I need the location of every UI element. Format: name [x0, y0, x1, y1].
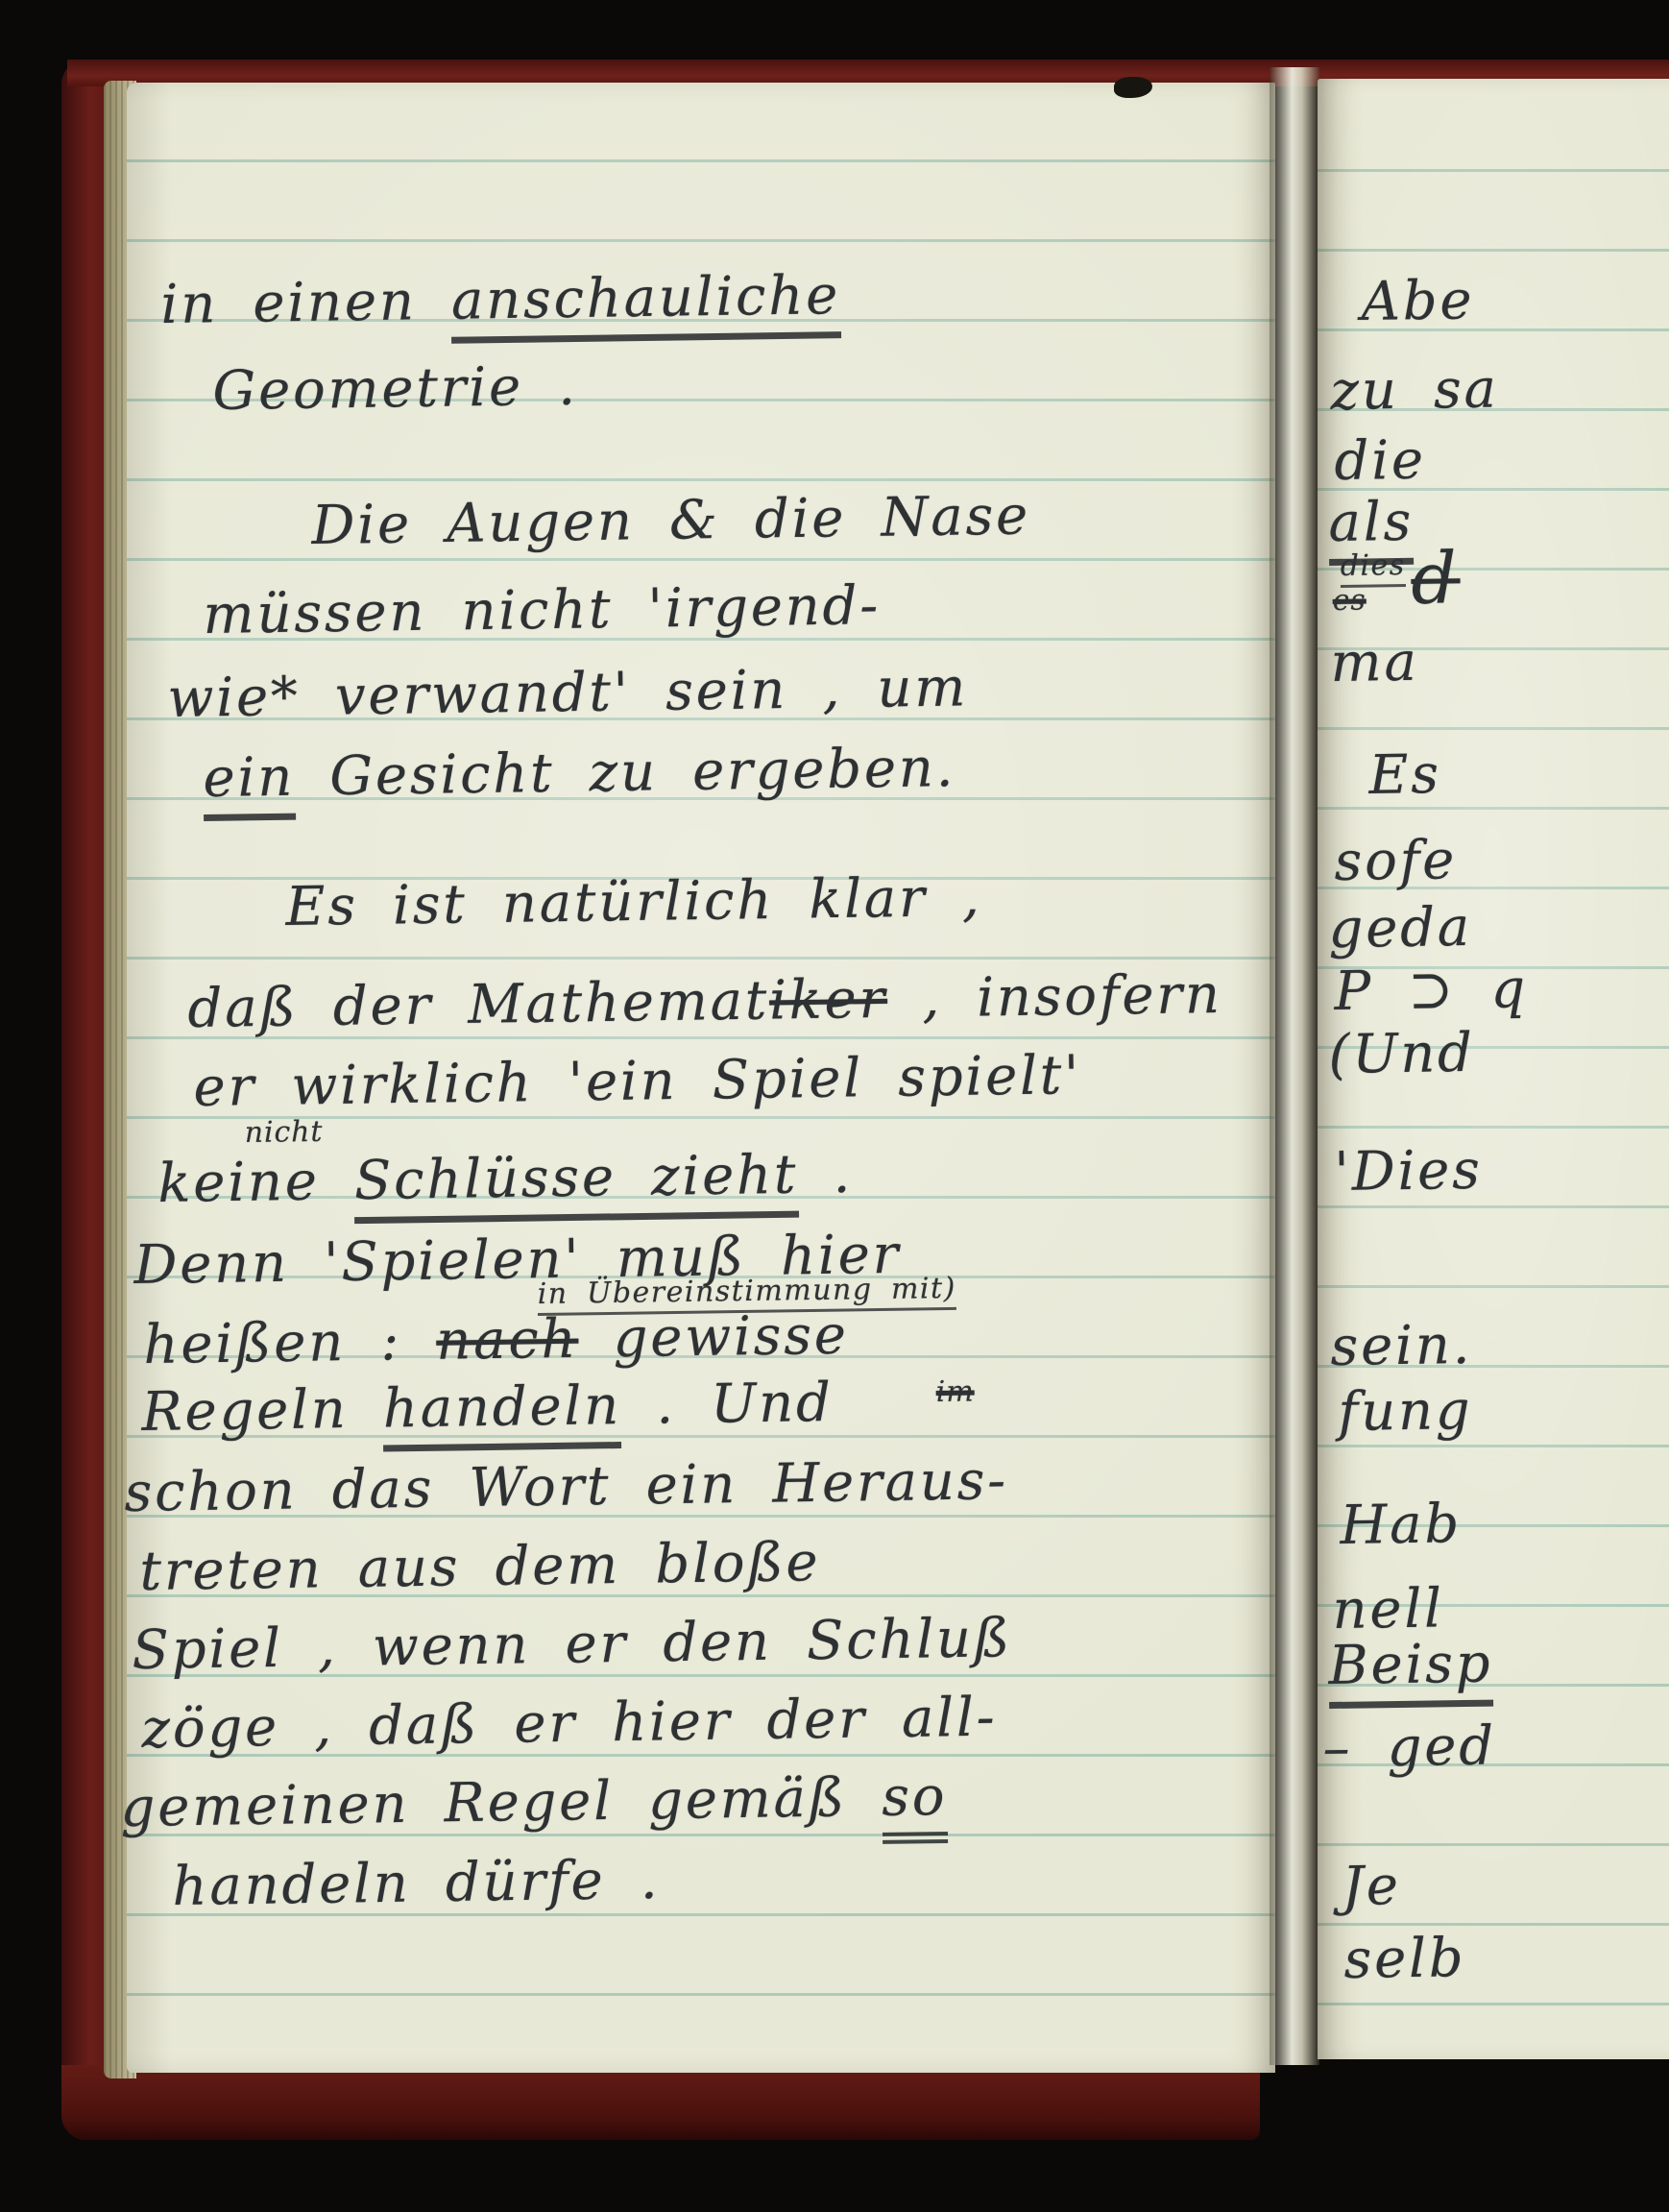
- manuscript-line: ein Gesicht zu ergeben.: [203, 737, 956, 810]
- manuscript-line-fragment: Hab: [1340, 1493, 1462, 1557]
- text-segment: .: [798, 1143, 854, 1206]
- underlined-text-segment: ein: [203, 746, 296, 821]
- manuscript-line-fragment: – ged: [1322, 1714, 1496, 1780]
- text-segment: (Und: [1328, 1022, 1475, 1086]
- manuscript-line-fragment: fung: [1338, 1379, 1473, 1444]
- interlinear-insertion: nicht: [245, 1115, 324, 1150]
- text-segment: treten aus dem bloße: [139, 1531, 821, 1603]
- text-segment: im: [936, 1374, 975, 1409]
- text-segment: sofe: [1334, 829, 1457, 893]
- manuscript-line-fragment: Abe: [1361, 269, 1475, 333]
- text-segment: daß der Mathemat: [187, 970, 769, 1040]
- manuscript-line: zöge , daß er hier der all-: [141, 1687, 998, 1761]
- text-segment: d: [1411, 537, 1461, 620]
- manuscript-line: müssen nicht 'irgend-: [203, 574, 881, 646]
- manuscript-line-fragment: sofe: [1334, 829, 1457, 893]
- manuscript-line: heißen : nach gewisse: [143, 1304, 849, 1376]
- manuscript-line: Die Augen & die Nase: [311, 485, 1030, 557]
- underlined-text-segment: handeln: [382, 1374, 621, 1451]
- text-segment: zu sa: [1330, 358, 1499, 423]
- manuscript-line-fragment: Beisp: [1328, 1633, 1493, 1697]
- underlined-text-segment: Schlüsse zieht: [354, 1144, 799, 1224]
- struck-scribble: d: [1411, 537, 1461, 620]
- manuscript-line-fragment: nell: [1332, 1577, 1444, 1641]
- text-segment: ma: [1330, 631, 1419, 694]
- text-segment: 'Dies: [1334, 1139, 1483, 1203]
- struck-text-segment: iker: [769, 968, 888, 1033]
- text-segment: es: [1333, 584, 1367, 618]
- text-segment: gewisse: [578, 1304, 849, 1371]
- interlinear-insertion: dies: [1340, 548, 1406, 588]
- manuscript-line: Geometrie .: [212, 355, 578, 423]
- text-segment: schon das Wort ein Heraus-: [124, 1449, 1008, 1524]
- struck-scribble: es: [1333, 584, 1367, 618]
- manuscript-line-fragment: Je: [1342, 1855, 1401, 1918]
- manuscript-line-fragment: (Und: [1328, 1022, 1475, 1086]
- manuscript-line: Es ist natürlich klar ,: [285, 866, 982, 938]
- manuscript-line-fragment: sein.: [1330, 1314, 1473, 1378]
- text-segment: . Und: [620, 1372, 834, 1437]
- manuscript-line-fragment: ma: [1330, 631, 1419, 694]
- text-segment: fung: [1338, 1379, 1473, 1444]
- manuscript-line-fragment: Es: [1368, 743, 1441, 807]
- text-segment: handeln dürfe .: [172, 1849, 661, 1918]
- text-segment: Je: [1342, 1855, 1401, 1918]
- manuscript-line: Regeln handeln . Und: [141, 1372, 834, 1444]
- text-segment: die: [1334, 429, 1426, 493]
- underlined-text-segment: Beisp: [1328, 1633, 1493, 1709]
- text-segment: Spiel , wenn er den Schluß: [132, 1607, 1012, 1682]
- text-segment: keine: [157, 1150, 354, 1215]
- manuscript-line-fragment: geda: [1328, 896, 1472, 960]
- manuscript-line: Spiel , wenn er den Schluß: [132, 1607, 1012, 1682]
- text-segment: nicht: [245, 1115, 324, 1150]
- manuscript-line-fragment: selb: [1343, 1927, 1466, 1991]
- book-cover-bottom-edge: [61, 2065, 1260, 2140]
- text-segment: Es: [1368, 743, 1441, 807]
- text-segment: Regeln: [141, 1377, 383, 1444]
- text-segment: selb: [1343, 1927, 1466, 1991]
- manuscript-scan: in einen anschauliche Geometrie . Die Au…: [0, 0, 1669, 2212]
- text-segment: P ⊃ q: [1334, 958, 1528, 1023]
- text-segment: nell: [1332, 1577, 1444, 1641]
- manuscript-line-fragment: zu sa: [1330, 358, 1499, 423]
- manuscript-line: handeln dürfe .: [172, 1849, 661, 1918]
- manuscript-line: wie* verwandt' sein , um: [167, 656, 968, 730]
- manuscript-line: treten aus dem bloße: [139, 1531, 821, 1603]
- manuscript-line: in einen anschauliche: [160, 264, 840, 336]
- text-segment: Geometrie .: [212, 355, 578, 423]
- underlined-text-segment: anschauliche: [451, 264, 841, 344]
- text-segment: , insofern: [887, 963, 1223, 1031]
- manuscript-line-fragment: P ⊃ q: [1334, 958, 1528, 1023]
- text-segment: wie* verwandt' sein , um: [167, 656, 968, 730]
- text-segment: Gesicht zu ergeben.: [295, 737, 956, 809]
- text-segment: Die Augen & die Nase: [311, 485, 1030, 557]
- text-segment: Es ist natürlich klar ,: [285, 866, 982, 938]
- text-segment: er wirklich 'ein Spiel spielt': [193, 1044, 1082, 1119]
- text-segment: in einen: [160, 270, 451, 336]
- text-segment: heißen :: [143, 1310, 437, 1376]
- manuscript-line: gemeinen Regel gemäß so: [120, 1765, 948, 1839]
- gutter-fold: [1270, 67, 1319, 2065]
- text-segment: müssen nicht 'irgend-: [203, 574, 881, 646]
- text-segment: geda: [1328, 896, 1472, 960]
- text-segment: sein.: [1330, 1314, 1473, 1378]
- manuscript-line-fragment: als: [1328, 491, 1414, 554]
- manuscript-line: er wirklich 'ein Spiel spielt': [193, 1044, 1082, 1119]
- text-segment: – ged: [1322, 1714, 1496, 1780]
- manuscript-line: keine Schlüsse zieht .: [157, 1143, 853, 1215]
- manuscript-line-fragment: die: [1334, 429, 1426, 493]
- text-segment: Hab: [1340, 1493, 1462, 1557]
- text-segment: Abe: [1361, 269, 1475, 333]
- text-segment: zöge , daß er hier der all-: [141, 1687, 998, 1761]
- text-segment: gemeinen Regel gemäß: [120, 1766, 883, 1839]
- manuscript-line-fragment: 'Dies: [1334, 1139, 1483, 1203]
- text-segment: dies: [1340, 548, 1405, 583]
- struck-text-segment: nach: [436, 1308, 579, 1373]
- manuscript-line: schon das Wort ein Heraus-: [124, 1449, 1008, 1524]
- struck-scribble: im: [936, 1374, 975, 1409]
- double-underlined-text-segment: so: [882, 1765, 948, 1844]
